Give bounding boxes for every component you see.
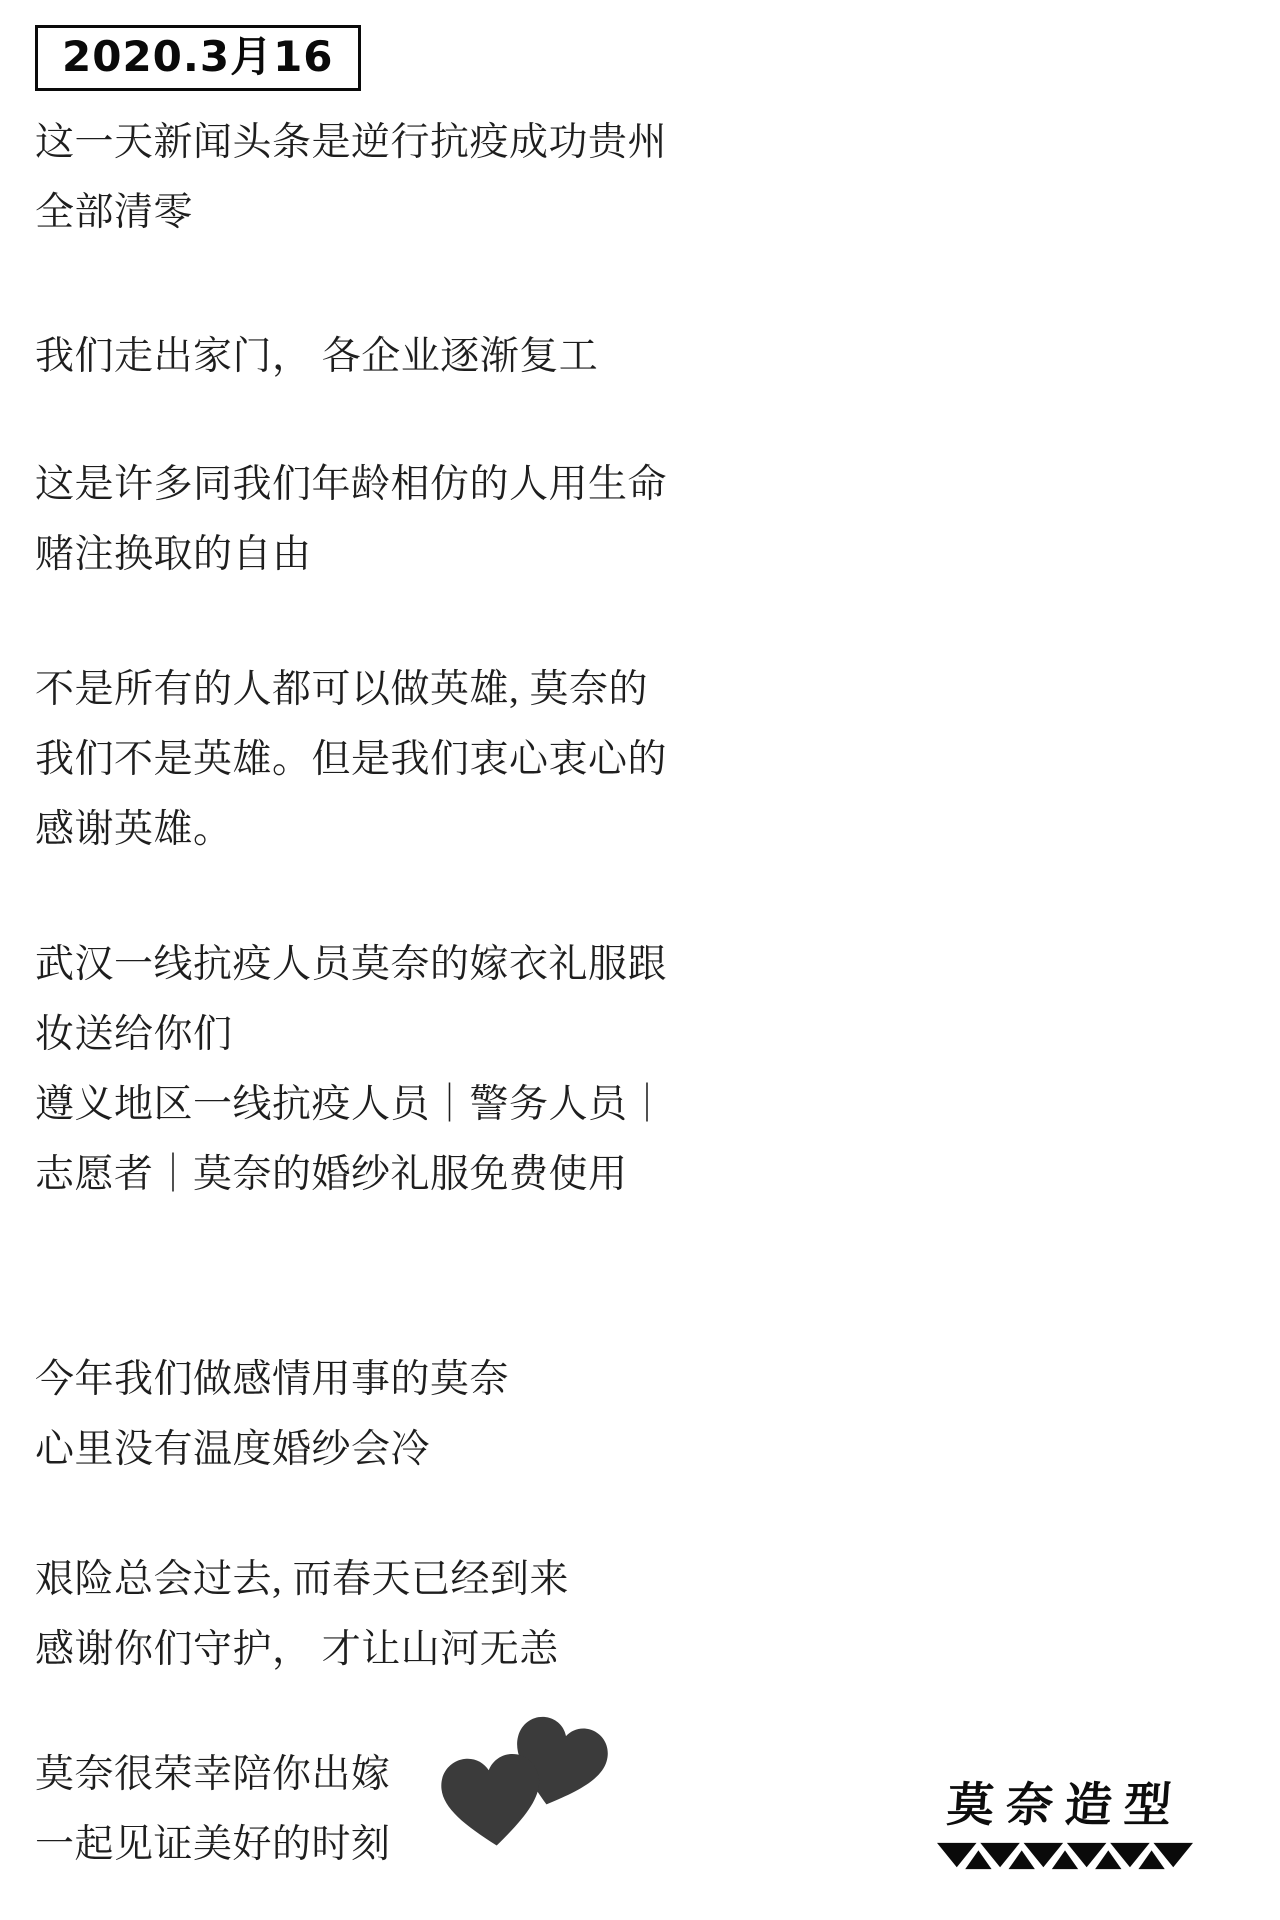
text-line: 今年我们做感情用事的莫奈	[35, 1345, 715, 1415]
text-line: 遵义地区一线抗疫人员｜警务人员｜	[35, 1070, 715, 1140]
text-line: 我们走出家门， 各企业逐渐复工	[35, 322, 715, 392]
text-line: 一起见证美好的时刻	[35, 1810, 715, 1880]
text-line: 艰险总会过去, 而春天已经到来	[35, 1545, 715, 1615]
date-badge: 2020.3月16	[35, 25, 361, 91]
paragraph-back-to-work: 我们走出家门， 各企业逐渐复工	[35, 322, 715, 392]
paragraph-spring: 艰险总会过去, 而春天已经到来 感谢你们守护， 才让山河无恙	[35, 1545, 715, 1685]
text-line: 武汉一线抗疫人员莫奈的嫁衣礼服跟	[35, 930, 715, 1000]
text-line: 全部清零	[35, 178, 715, 248]
paragraph-freedom: 这是许多同我们年龄相仿的人用生命 赌注换取的自由	[35, 450, 715, 590]
text-line: 感谢你们守护， 才让山河无恙	[35, 1615, 715, 1685]
zigzag-pattern-icon	[930, 1842, 1200, 1870]
text-line: 赌注换取的自由	[35, 520, 715, 590]
text-line: 志愿者｜莫奈的婚纱礼服免费使用	[35, 1140, 715, 1210]
text-line: 妆送给你们	[35, 1000, 715, 1070]
heart-icon	[433, 1747, 551, 1856]
text-line: 我们不是英雄。但是我们衷心衷心的	[35, 725, 715, 795]
paragraph-closing: 莫奈很荣幸陪你出嫁 一起见证美好的时刻	[35, 1740, 715, 1880]
text-line: 心里没有温度婚纱会冷	[35, 1415, 715, 1485]
paragraph-heroes: 不是所有的人都可以做英雄, 莫奈的 我们不是英雄。但是我们衷心衷心的 感谢英雄。	[35, 655, 715, 865]
brand-logo: 莫奈造型	[930, 1778, 1200, 1870]
paragraph-warmth: 今年我们做感情用事的莫奈 心里没有温度婚纱会冷	[35, 1345, 715, 1485]
paragraph-news-headline: 这一天新闻头条是逆行抗疫成功贵州 全部清零	[35, 108, 715, 248]
paragraph-free-service: 武汉一线抗疫人员莫奈的嫁衣礼服跟 妆送给你们 遵义地区一线抗疫人员｜警务人员｜ …	[35, 930, 715, 1210]
text-line: 不是所有的人都可以做英雄, 莫奈的	[35, 655, 715, 725]
text-line: 感谢英雄。	[35, 795, 715, 865]
text-line: 这是许多同我们年龄相仿的人用生命	[35, 450, 715, 520]
text-line: 这一天新闻头条是逆行抗疫成功贵州	[35, 108, 715, 178]
poster-page: 2020.3月16 这一天新闻头条是逆行抗疫成功贵州 全部清零 我们走出家门， …	[0, 0, 1280, 1920]
brand-logo-text: 莫奈造型	[928, 1778, 1202, 1834]
